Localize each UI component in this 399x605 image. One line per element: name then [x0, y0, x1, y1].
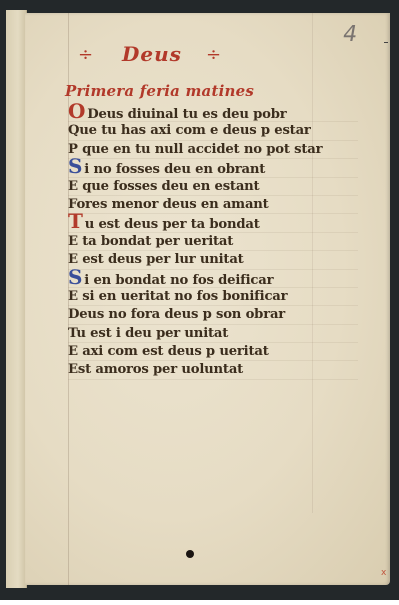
verse-text: Tu est i deu per unitat: [68, 326, 228, 341]
verse-line: Tu est i deu per unitat: [68, 325, 358, 343]
initial-letter: S: [68, 159, 82, 173]
verse-text: Que tu has axi com e deus p estar: [68, 123, 311, 138]
verse-line: Si en bondat no fos deificar: [68, 270, 358, 288]
verse-line: E est deus per lur unitat: [68, 251, 358, 269]
verse-text: Deus diuinal tu es deu pobr: [87, 107, 286, 122]
verse-line: Si no fosses deu en obrant: [68, 159, 358, 177]
verse-text: E axi com est deus p ueritat: [68, 344, 269, 359]
verse-line: Est amoros per uoluntat: [68, 361, 358, 379]
initial-letter: T: [68, 214, 83, 228]
verse-text: i en bondat no fos deificar: [84, 273, 273, 288]
paragraph-mark-icon: ÷: [206, 44, 221, 65]
verse-text: Fores menor deus en amant: [68, 197, 269, 212]
heading-word: Deus: [122, 42, 182, 66]
edge-mark: [384, 42, 388, 43]
verse-line: E axi com est deus p ueritat: [68, 343, 358, 361]
verse-line: E ta bondat per ueritat: [68, 233, 358, 251]
parchment-hole: [186, 550, 194, 558]
verse-line: E que fosses deu en estant: [68, 178, 358, 196]
verse-block: ODeus diuinal tu es deu pobr Que tu has …: [68, 104, 358, 380]
verse-line: P que en tu null accidet no pot star: [68, 141, 358, 159]
verse-text: P que en tu null accidet no pot star: [68, 142, 322, 157]
rubric-title: Primera feria matines: [65, 82, 254, 100]
verse-text: E est deus per lur unitat: [68, 252, 244, 267]
verse-text: Deus no fora deus p son obrar: [68, 307, 285, 322]
paragraph-mark-icon: ÷: [78, 44, 93, 65]
corner-mark: x: [381, 568, 386, 578]
verse-text: E si en ueritat no fos bonificar: [68, 289, 287, 304]
verse-line: Deus no fora deus p son obrar: [68, 306, 358, 324]
verse-line: E si en ueritat no fos bonificar: [68, 288, 358, 306]
initial-letter: O: [68, 104, 85, 118]
verse-text: u est deus per ta bondat: [85, 217, 260, 232]
verse-line: Que tu has axi com e deus p estar: [68, 122, 358, 140]
verse-line: Fores menor deus en amant: [68, 196, 358, 214]
verse-text: E que fosses deu en estant: [68, 179, 259, 194]
verse-text: Est amoros per uoluntat: [68, 362, 243, 377]
verse-line: ODeus diuinal tu es deu pobr: [68, 104, 358, 122]
facing-page-stub: [6, 10, 27, 588]
verse-line: Tu est deus per ta bondat: [68, 214, 358, 232]
verse-text: E ta bondat per ueritat: [68, 234, 233, 249]
initial-letter: S: [68, 270, 82, 284]
verse-text: i no fosses deu en obrant: [84, 162, 265, 177]
